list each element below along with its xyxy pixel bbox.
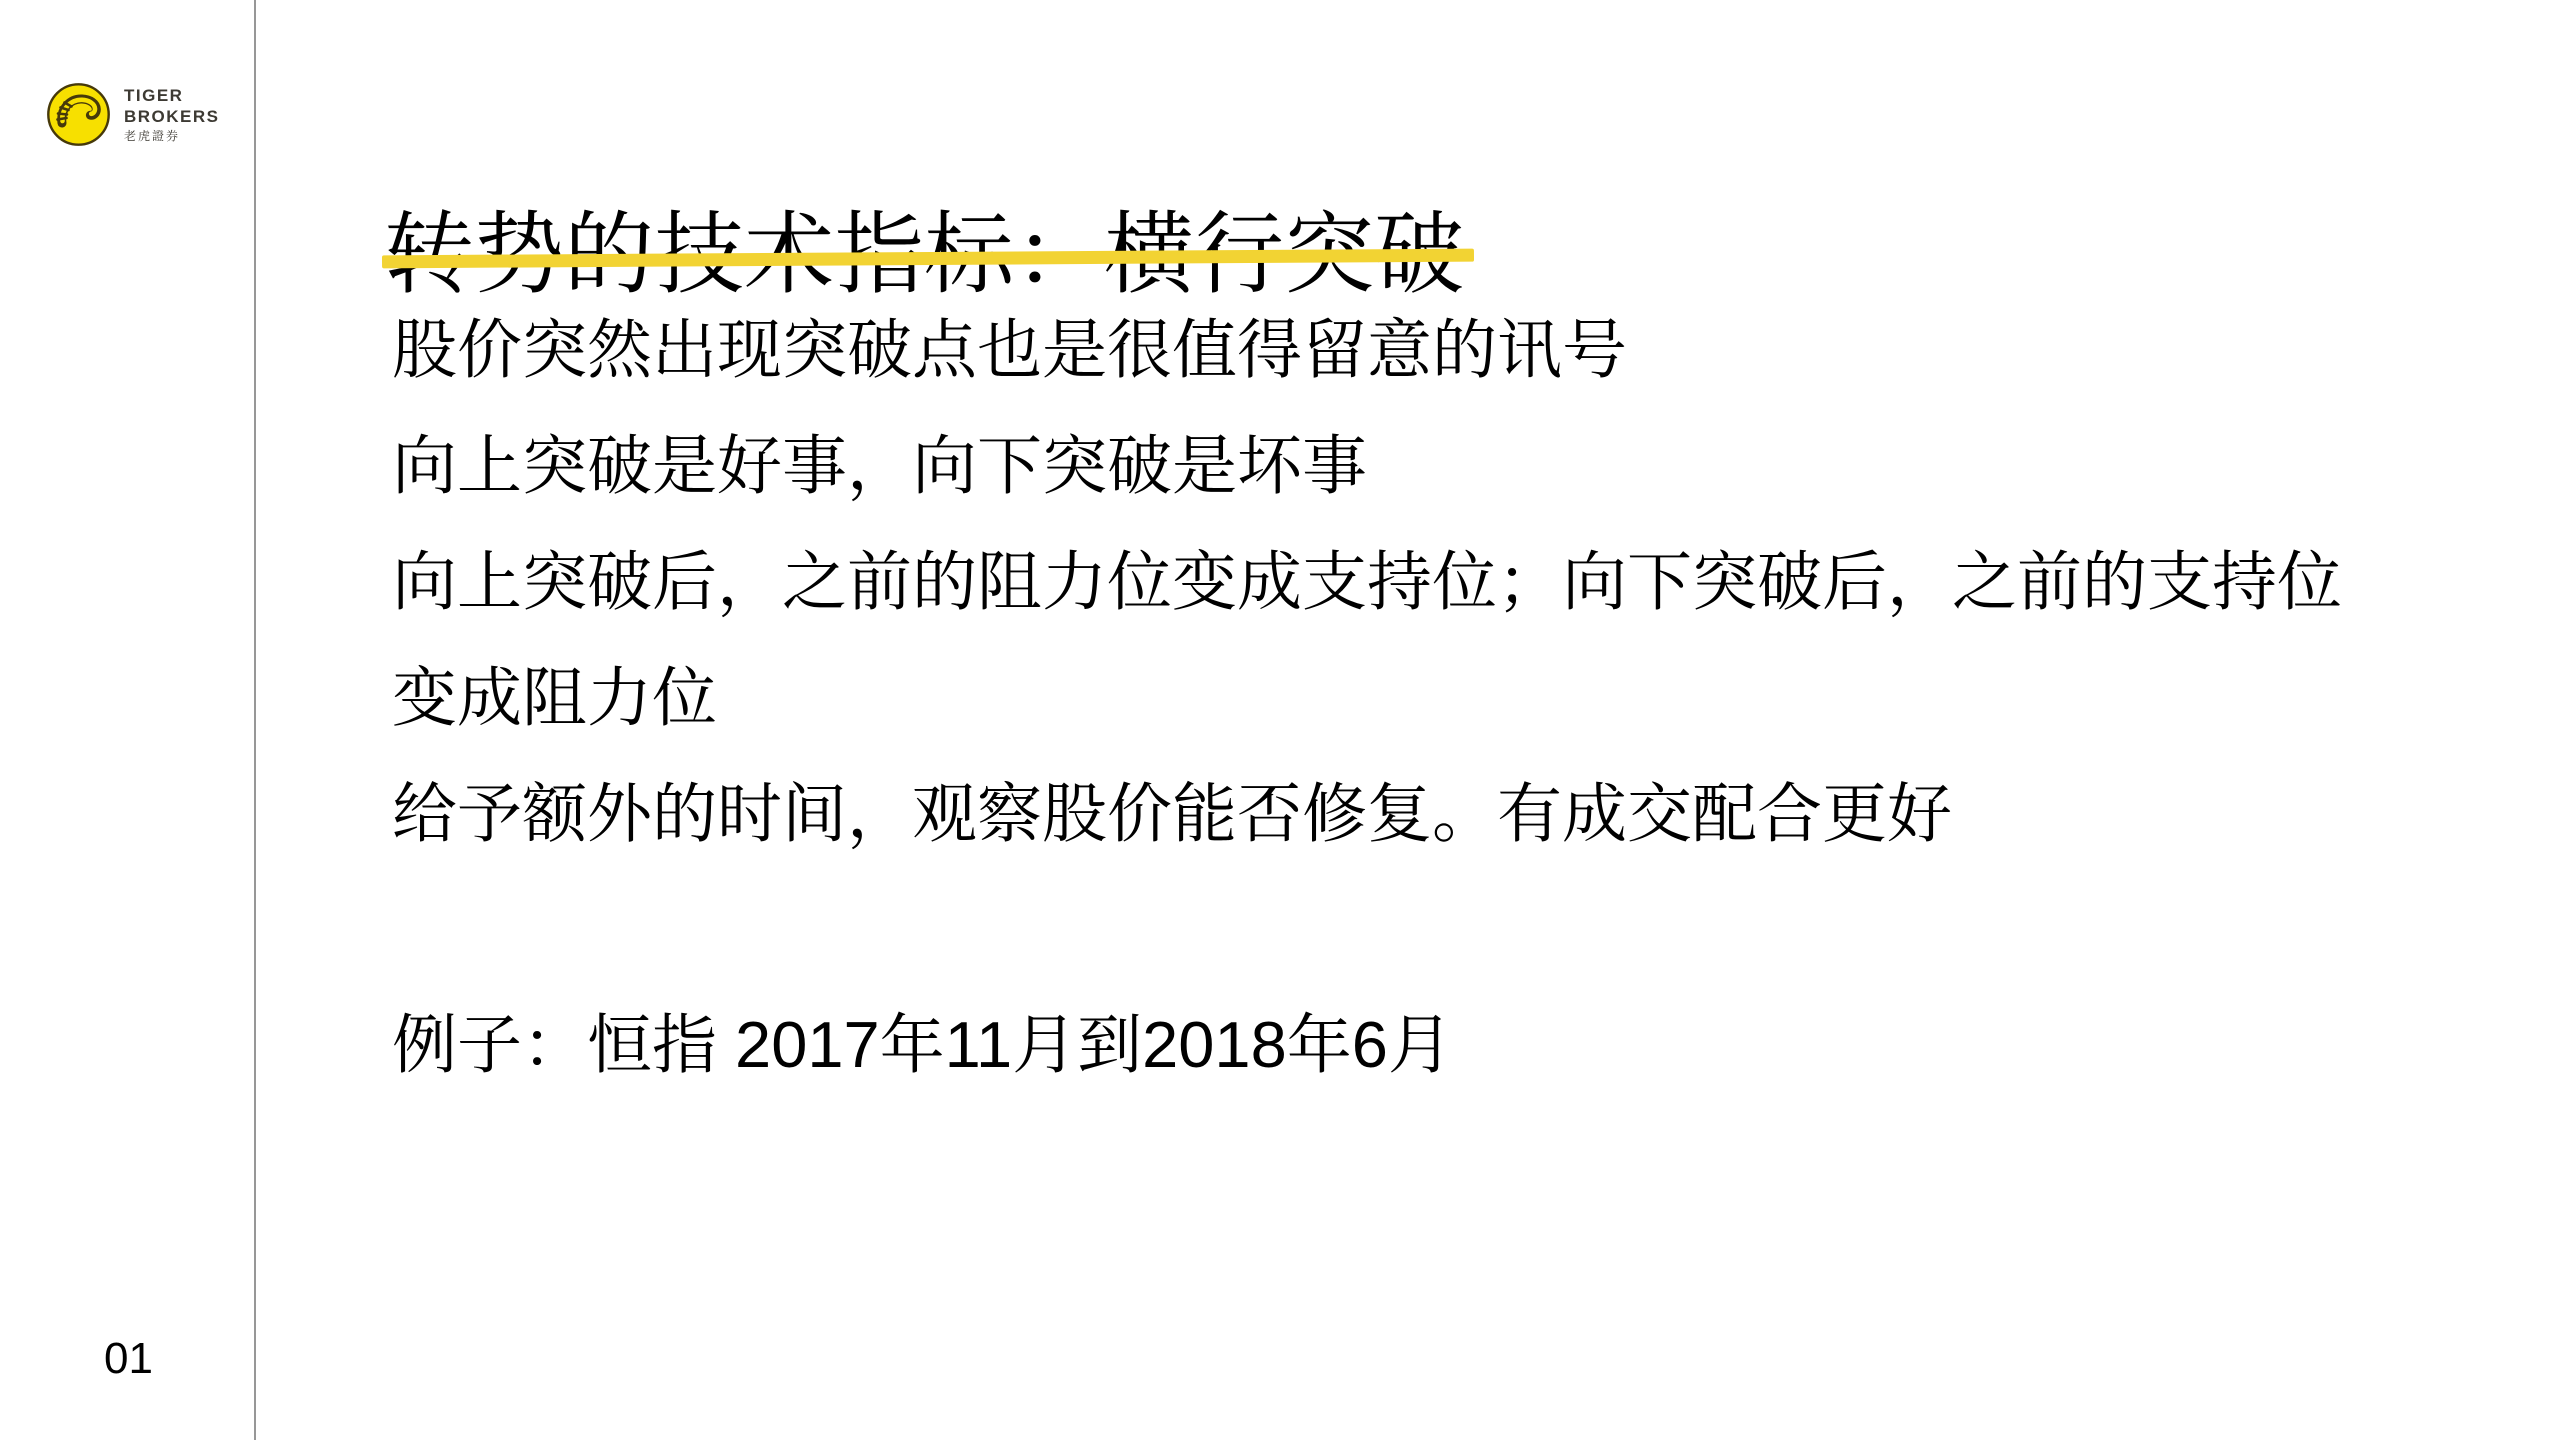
- brand-name: TIGER BROKERS 老虎證券: [124, 87, 220, 142]
- brand-name-en-line2: BROKERS: [124, 108, 220, 125]
- body-line: 股价突然出现突破点也是很值得留意的讯号: [392, 292, 2342, 408]
- brand-name-cn: 老虎證券: [124, 130, 220, 142]
- body-line: 变成阻力位: [392, 640, 2342, 756]
- page-number: 01: [104, 1337, 153, 1381]
- brand-block: TIGER BROKERS 老虎證券: [46, 82, 220, 147]
- brand-name-en-line1: TIGER: [124, 87, 220, 104]
- presentation-slide: TIGER BROKERS 老虎證券 转势的技术指标：横行突破 股价突然出现突破…: [0, 0, 2560, 1440]
- example-line: 例子：恒指 2017年11月到2018年6月: [392, 987, 1453, 1103]
- body-line: 向上突破后，之前的阻力位变成支持位；向下突破后，之前的支持位: [392, 524, 2342, 640]
- vertical-divider: [254, 0, 256, 1440]
- slide-body: 股价突然出现突破点也是很值得留意的讯号 向上突破是好事，向下突破是坏事 向上突破…: [392, 292, 2342, 872]
- tiger-brokers-logo-icon: [46, 82, 111, 147]
- body-line: 给予额外的时间，观察股价能否修复。有成交配合更好: [392, 756, 2342, 872]
- body-line: 向上突破是好事，向下突破是坏事: [392, 408, 2342, 524]
